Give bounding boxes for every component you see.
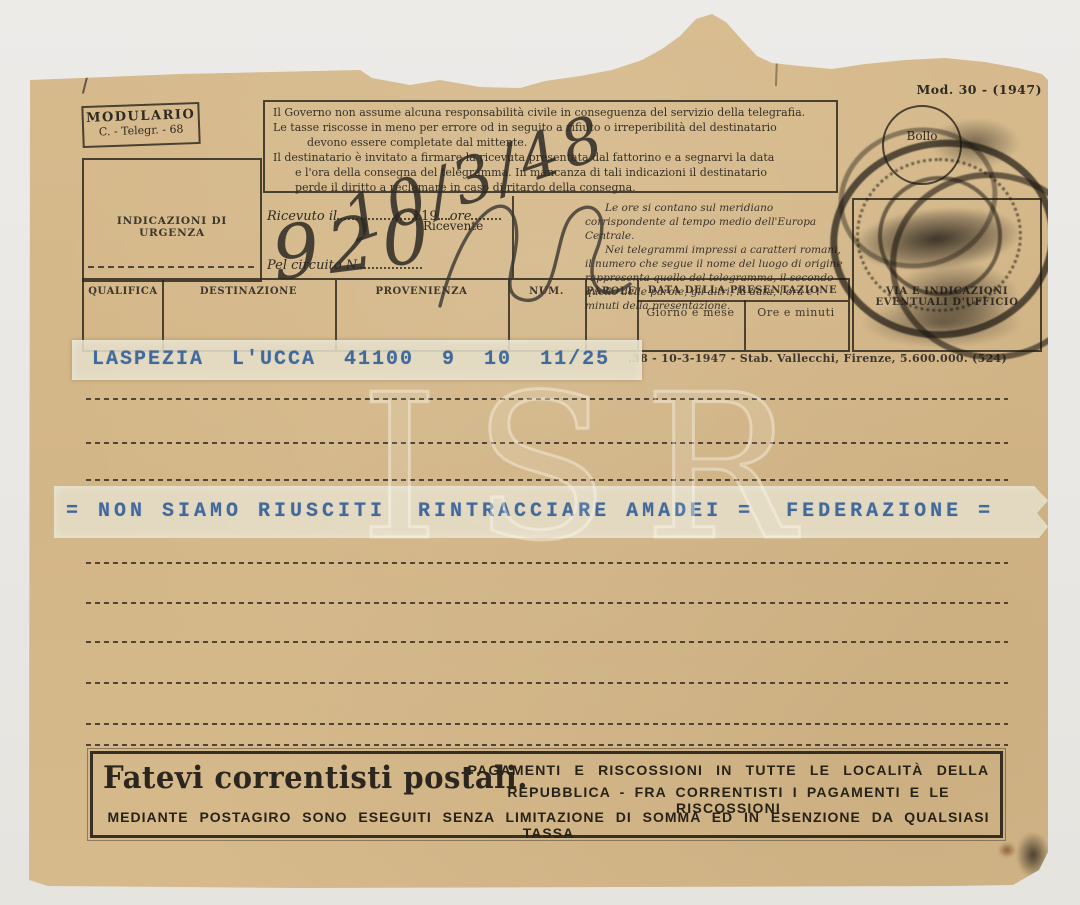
archive-watermark: ISR bbox=[360, 352, 829, 585]
urgency-box: INDICAZIONI DI URGENZA bbox=[82, 158, 262, 282]
sub-ore-minuti: Ore e minuti bbox=[744, 306, 848, 319]
message-ruled-line bbox=[86, 562, 1008, 564]
telegram-form-paper: Mod. 30 - (1947) MODULARIO C. - Telegr. … bbox=[0, 0, 1080, 905]
typed-message-line: = NON SIAMO RIUSCITI RINTRACCIARE AMADEI… bbox=[66, 500, 994, 523]
sub-giorno-mese: Giorno e mese bbox=[637, 306, 744, 319]
stamp-ink-smudge bbox=[862, 298, 1022, 348]
message-ruled-line bbox=[86, 479, 1008, 481]
modulario-line2: C. - Telegr. - 68 bbox=[84, 122, 198, 139]
paper-crease bbox=[775, 26, 779, 86]
stamp-ink-smudge bbox=[930, 118, 1020, 168]
ink-stain bbox=[1016, 832, 1050, 878]
footer-bottom-line: MEDIANTE POSTAGIRO SONO ESEGUITI SENZA L… bbox=[101, 809, 996, 841]
presentation-subline bbox=[637, 300, 848, 302]
pen-mark bbox=[82, 60, 92, 93]
typed-origin-line: LASPEZIA L'UCCA 41100 9 10 11/25 bbox=[92, 348, 610, 371]
urgency-divider bbox=[88, 266, 254, 268]
message-ruled-line bbox=[86, 442, 1008, 444]
col-qualifica: QUALIFICA bbox=[84, 286, 162, 297]
message-ruled-line bbox=[86, 744, 1008, 746]
print-edition-note: .38 - 10-3-1947 - Stab. Vallecchi, Firen… bbox=[628, 352, 1007, 365]
message-ruled-line bbox=[86, 602, 1008, 604]
col-data-presentazione: DATA DELLA PRESENTAZIONE bbox=[637, 285, 848, 296]
message-ruled-line bbox=[86, 398, 1008, 400]
footer-right-line1: PAGAMENTI E RISCOSSIONI IN TUTTE LE LOCA… bbox=[461, 762, 996, 778]
signature-flourish bbox=[428, 178, 638, 328]
footer-promo-box: Fatevi correntisti postali. PAGAMENTI E … bbox=[90, 751, 1003, 838]
modulario-box: MODULARIO C. - Telegr. - 68 bbox=[81, 102, 200, 148]
form-model-label: Mod. 30 - (1947) bbox=[890, 82, 1042, 97]
rust-stain bbox=[998, 842, 1016, 858]
urgency-label: INDICAZIONI DI URGENZA bbox=[84, 215, 260, 239]
message-ruled-line bbox=[86, 641, 1008, 643]
message-ruled-line bbox=[86, 723, 1008, 725]
message-ruled-line bbox=[86, 682, 1008, 684]
